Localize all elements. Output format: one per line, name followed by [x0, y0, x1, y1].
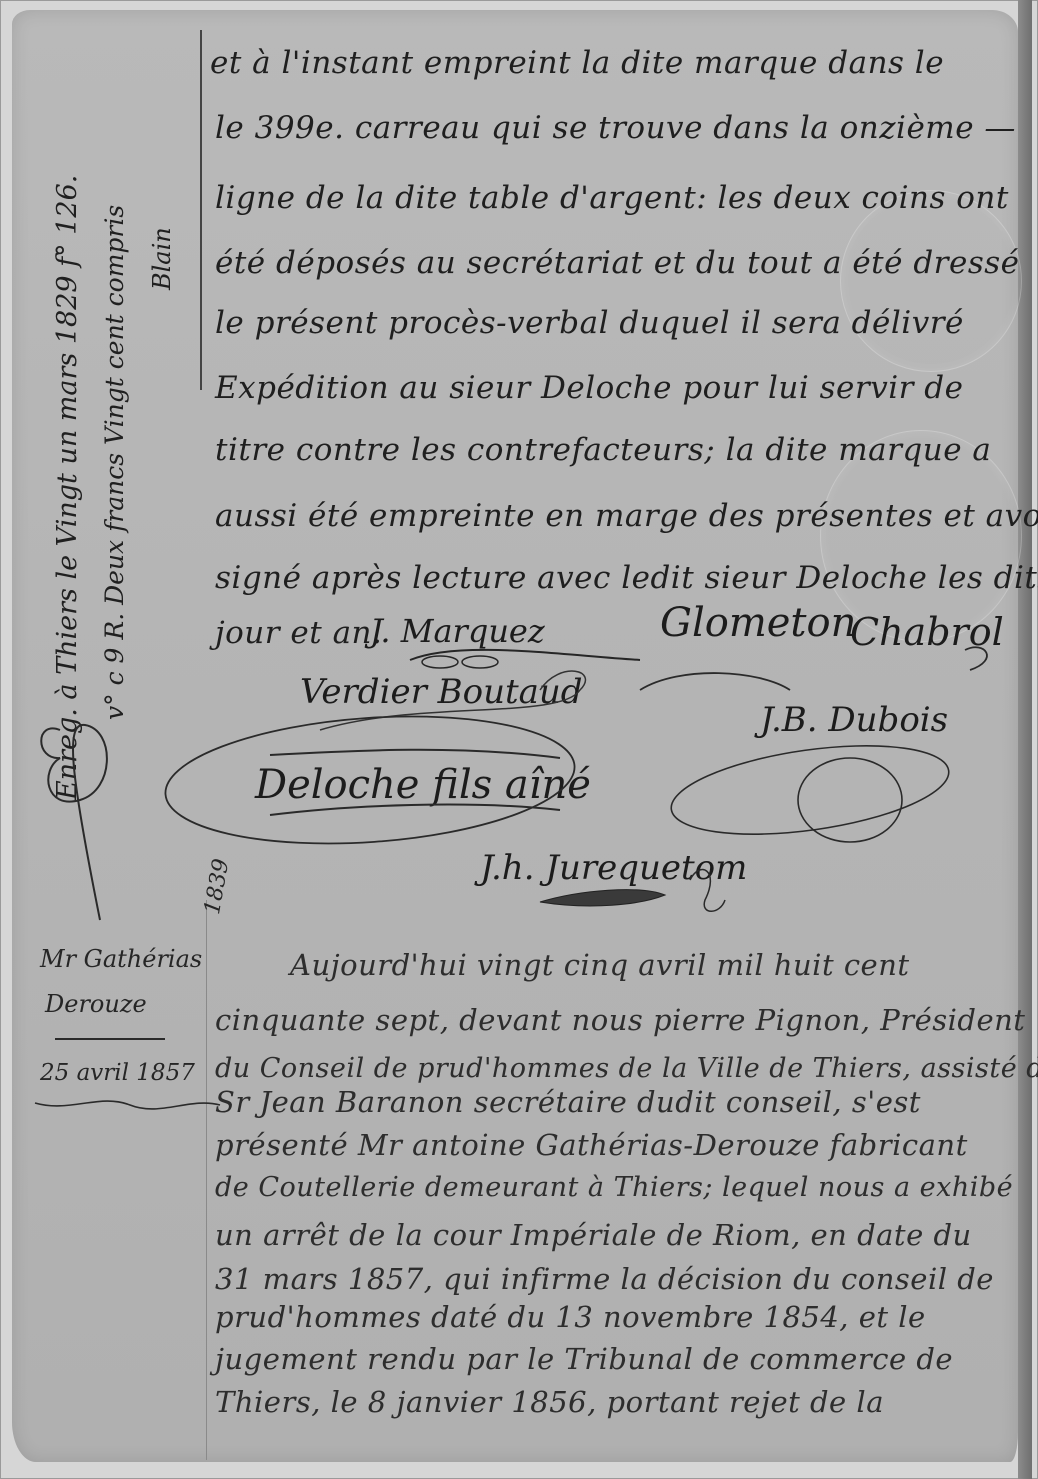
body2-line-6: de Coutellerie demeurant à Thiers; leque… — [215, 1172, 1013, 1203]
body2-line-2: cinquante sept, devant nous pierre Pigno… — [215, 1003, 1025, 1037]
body2-line-11: Thiers, le 8 janvier 1856, portant rejet… — [215, 1385, 884, 1419]
body2-line-1: Aujourd'hui vingt cinq avril mil huit ce… — [290, 948, 910, 982]
body2-line-3: du Conseil de prud'hommes de la Ville de… — [215, 1053, 1038, 1084]
body2-line-9: prud'hommes daté du 13 novembre 1854, et… — [215, 1300, 926, 1334]
binding-edge — [1018, 0, 1032, 1479]
signature-deloche: Deloche fils aîné — [255, 762, 591, 808]
margin-registration-line-3: Blain — [148, 227, 176, 290]
body-line-4: été déposés au secrétariat et du tout a … — [215, 245, 1020, 281]
body-line-7: titre contre les contrefacteurs; la dite… — [215, 432, 991, 468]
margin-name-line-2: Derouze — [45, 990, 147, 1018]
margin-rule-lower — [206, 900, 207, 1460]
body-line-2: le 399e. carreau qui se trouve dans la o… — [215, 110, 1016, 146]
body2-line-8: 31 mars 1857, qui infirme la décision du… — [215, 1262, 994, 1296]
margin-divider — [55, 1038, 165, 1040]
body2-line-4: Sr Jean Baranon secrétaire dudit conseil… — [215, 1085, 921, 1119]
body-line-8: aussi été empreinte en marge des présent… — [215, 498, 1038, 534]
margin-registration-line-2: v° c 9 R. Deux francs Vingt cent compris — [100, 205, 129, 720]
signature-verdier-boutaud: Verdier Boutaud — [300, 672, 583, 712]
body-line-9: signé après lecture avec ledit sieur Del… — [215, 560, 1038, 596]
body-line-10: jour et an. — [215, 615, 382, 651]
embossed-seal — [840, 190, 1022, 372]
body-line-3: ligne de la dite table d'argent: les deu… — [215, 180, 1009, 216]
signature-glometon: Glometon — [660, 600, 856, 646]
body-line-6: Expédition au sieur Deloche pour lui ser… — [215, 370, 964, 406]
signature-chabrol: Chabrol — [850, 610, 1004, 654]
margin-name-line-1: Mr Gathérias — [40, 945, 202, 973]
signature-marquez: J. Marquez — [370, 612, 545, 650]
margin-rule — [200, 30, 202, 390]
body2-line-10: jugement rendu par le Tribunal de commer… — [215, 1342, 953, 1376]
margin-registration-line-1: Enreg. à Thiers le Vingt un mars 1829 f°… — [52, 175, 83, 800]
body2-line-5: présenté Mr antoine Gathérias-Derouze fa… — [215, 1128, 968, 1162]
signature-dubois: J.B. Dubois — [760, 700, 948, 740]
body-line-1: et à l'instant empreint la dite marque d… — [210, 45, 944, 81]
body2-line-7: un arrêt de la cour Impériale de Riom, e… — [215, 1218, 972, 1252]
signature-jurequetom: J.h. Jurequetom — [480, 848, 747, 888]
margin-date: 25 avril 1857 — [40, 1060, 195, 1086]
body-line-5: le présent procès-verbal duquel il sera … — [215, 305, 964, 341]
